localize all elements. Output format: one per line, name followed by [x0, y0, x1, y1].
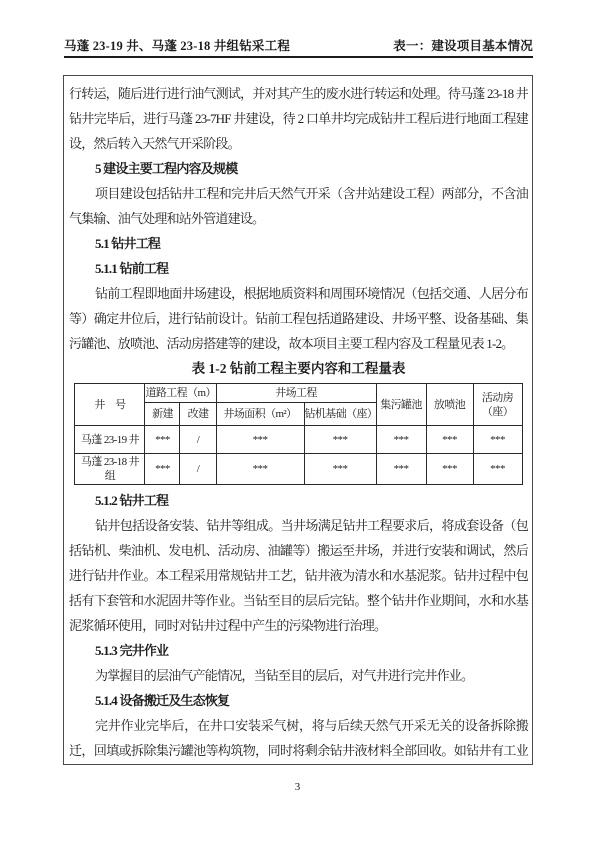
col-header-wellsite-works: 井场工程: [216, 384, 376, 403]
value-cell: ***: [145, 426, 180, 454]
value-cell: ***: [473, 454, 522, 485]
paragraph-continued: 行转运，随后进行进行油气测试，并对其产生的废水进行转运和处理。待马蓬 23-18…: [69, 81, 528, 156]
col-header-road-new: 新建: [145, 403, 180, 426]
document-page: 马蓬 23-19 井、马蓬 23-18 井组钻采工程 表一：建设项目基本情况 行…: [0, 0, 595, 841]
section-heading-5-1-4: 5.1.4 设备搬迁及生态恢复: [69, 688, 528, 713]
header-rule: [64, 56, 533, 58]
value-cell: /: [180, 454, 216, 485]
col-header-blowout-pit: 放喷池: [426, 384, 473, 426]
paragraph-section-5-1-3: 为掌握目的层油气产能情况，当钻至目的层后，对气井进行完井作业。: [69, 663, 528, 688]
col-header-road-works: 道路工程（m）: [145, 384, 216, 403]
section-heading-5: 5 建设主要工程内容及规模: [69, 156, 528, 181]
value-cell: ***: [376, 454, 426, 485]
well-name-cell: 马蓬 23-19 井: [75, 426, 145, 454]
section-heading-5-1-1: 5.1.1 钻前工程: [69, 256, 528, 281]
paragraph-section-5-1-4: 完井作业完毕后，在井口安装采气树，将与后续天然气开采无关的设备拆除搬迁，回填或拆…: [69, 713, 528, 765]
section-heading-5-1-2: 5.1.2 钻井工程: [69, 488, 528, 513]
col-header-well-no: 井 号: [75, 384, 145, 426]
page-number: 3: [0, 781, 595, 793]
value-cell: ***: [426, 426, 473, 454]
paragraph-section-5: 项目建设包括钻井工程和完井后天然气开采（含井站建设工程）两部分，不含油气集输、油…: [69, 181, 528, 231]
value-cell: ***: [426, 454, 473, 485]
page-header: 马蓬 23-19 井、马蓬 23-18 井组钻采工程 表一：建设项目基本情况: [64, 36, 533, 54]
paragraph-section-5-1-1: 钻前工程即地面井场建设，根据地质资料和周围环境情况（包括交通、人居分布等）确定井…: [69, 281, 528, 356]
col-header-road-rebuild: 改建: [180, 403, 216, 426]
table-1-2-title: 表 1-2 钻前工程主要内容和工程量表: [69, 356, 528, 381]
col-header-site-area: 井场面积（m²）: [216, 403, 304, 426]
table-row: 马蓬 23-19 井 *** / *** *** *** *** ***: [75, 426, 522, 454]
section-heading-5-1-3: 5.1.3 完井作业: [69, 638, 528, 663]
value-cell: ***: [216, 426, 304, 454]
header-form-title: 表一：建设项目基本情况: [393, 36, 533, 54]
table-row: 马蓬 23-18 井组 *** / *** *** *** *** ***: [75, 454, 522, 485]
value-cell: ***: [304, 454, 376, 485]
col-header-mobile-house: 活动房（座）: [473, 384, 522, 426]
section-heading-5-1: 5.1 钻井工程: [69, 231, 528, 256]
content-frame: 行转运，随后进行进行油气测试，并对其产生的废水进行转运和处理。待马蓬 23-18…: [63, 75, 533, 765]
col-header-sump-tank: 集污罐池: [376, 384, 426, 426]
paragraph-section-5-1-2: 钻井包括设备安装、钻井等组成。当井场满足钻井工程要求后，将成套设备（包括钻机、柴…: [69, 513, 528, 638]
value-cell: ***: [304, 426, 376, 454]
value-cell: ***: [145, 454, 180, 485]
col-header-rig-base: 钻机基础（座）: [304, 403, 376, 426]
well-name-cell: 马蓬 23-18 井组: [75, 454, 145, 485]
value-cell: ***: [376, 426, 426, 454]
value-cell: ***: [473, 426, 522, 454]
value-cell: ***: [216, 454, 304, 485]
value-cell: /: [180, 426, 216, 454]
pre-drilling-works-table: 井 号 道路工程（m） 井场工程 集污罐池 放喷池 活动房（座） 新建 改建 井…: [74, 383, 522, 485]
header-project-title: 马蓬 23-19 井、马蓬 23-18 井组钻采工程: [64, 36, 290, 54]
